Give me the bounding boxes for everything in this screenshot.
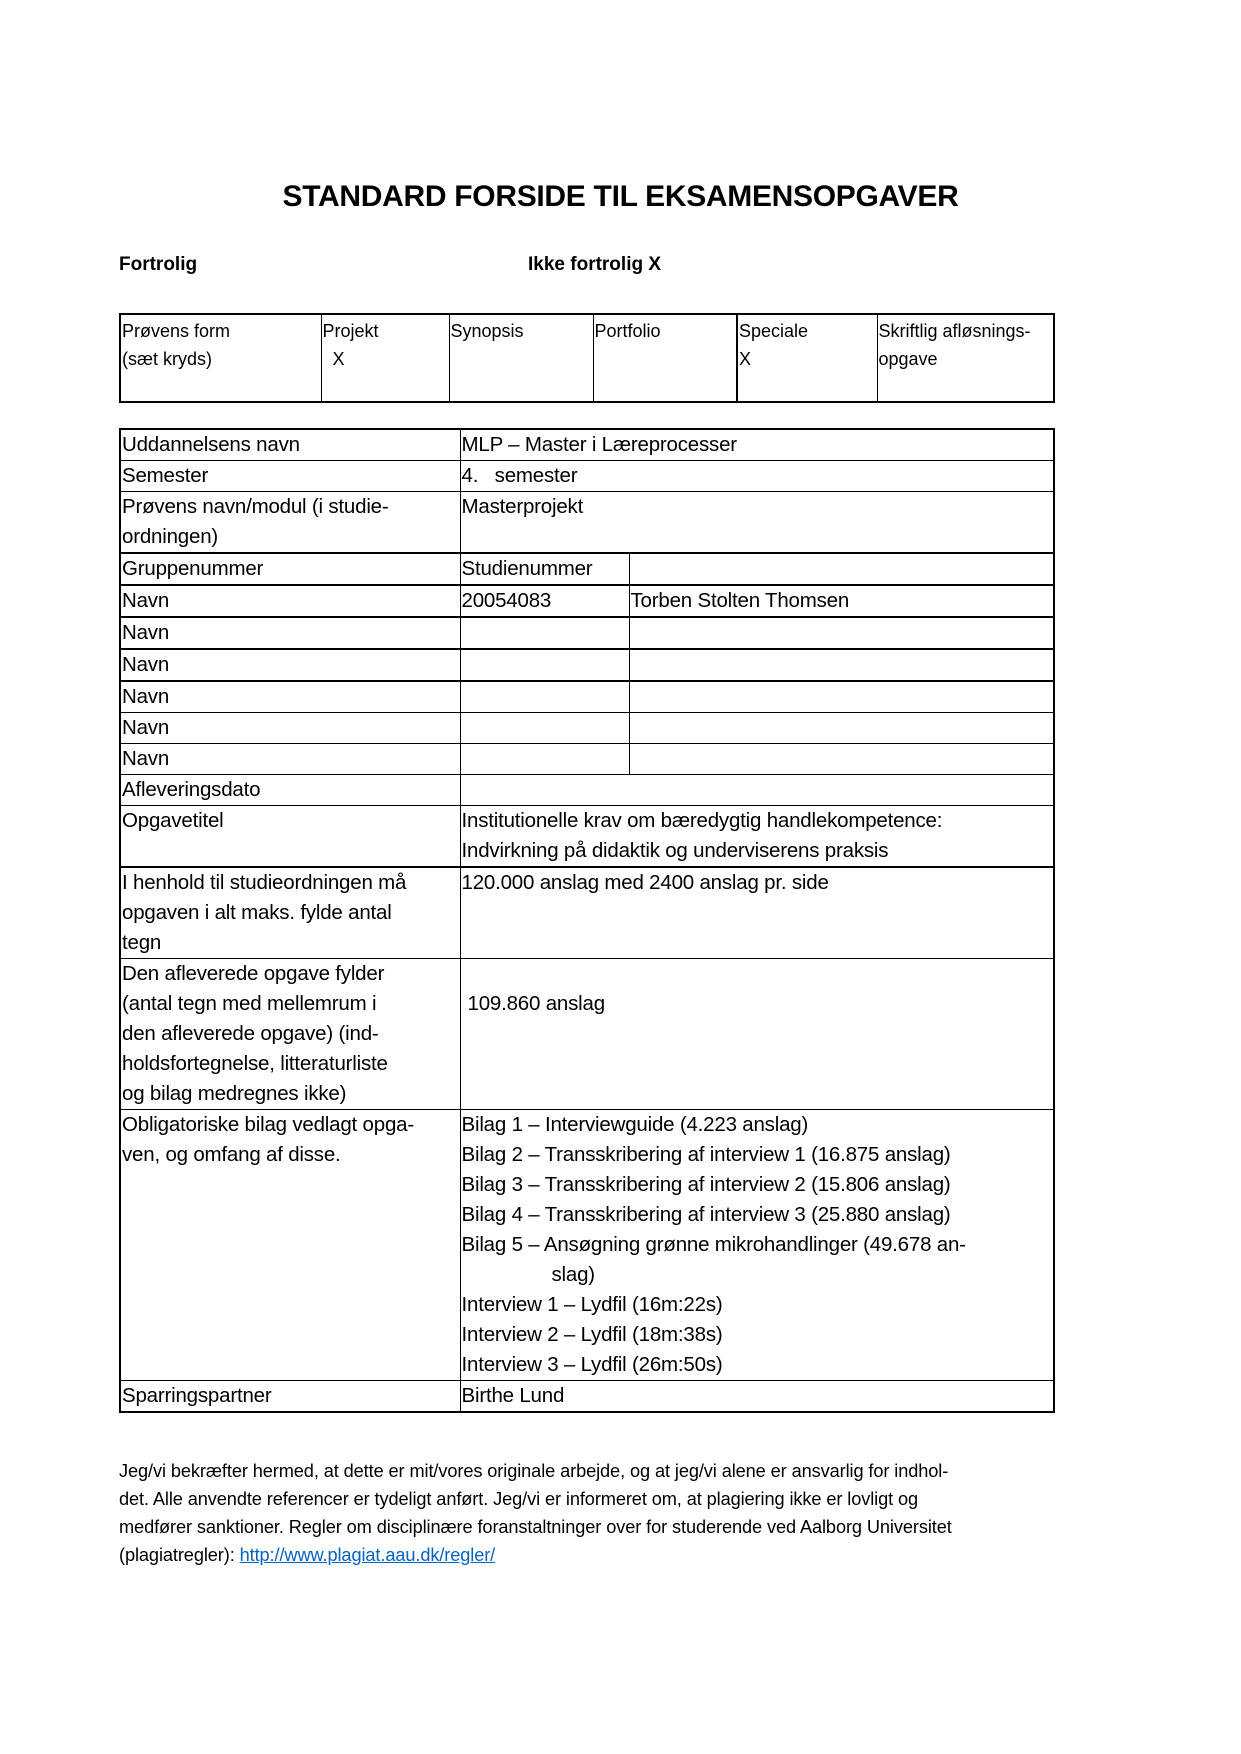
appendix-item-cont: slag) bbox=[462, 1260, 1053, 1290]
option-label: Skriftlig afløsnings- bbox=[879, 321, 1031, 341]
assignment-title-label: Opgavetitel bbox=[120, 806, 460, 868]
row-submitted-chars: Den afleverede opgave fylder (antal tegn… bbox=[120, 959, 1054, 1110]
student-row: Navn bbox=[120, 681, 1054, 713]
assignment-title-line2: Indvirkning på didaktik og underviserens… bbox=[462, 839, 889, 862]
student-row: Navn 20054083 Torben Stolten Thomsen bbox=[120, 585, 1054, 617]
appendices-label: Obligatoriske bilag vedlagt opga- ven, o… bbox=[120, 1110, 460, 1381]
submitted-chars-label-line: og bilag medregnes ikke) bbox=[122, 1082, 346, 1105]
group-number-label: Gruppenummer bbox=[120, 553, 460, 585]
confidential-label: Fortrolig bbox=[119, 254, 197, 276]
submitted-chars-label-line: den afleverede opgave) (ind- bbox=[122, 1022, 379, 1045]
max-chars-label-line3: tegn bbox=[122, 931, 161, 954]
exam-form-option-speciale[interactable]: Speciale X bbox=[737, 314, 877, 402]
student-number-value[interactable] bbox=[460, 617, 629, 649]
assignment-title-value[interactable]: Institutionelle krav om bæredygtig handl… bbox=[460, 806, 1054, 868]
student-name-value[interactable] bbox=[629, 713, 1054, 744]
submitted-chars-value[interactable]: 109.860 anslag bbox=[460, 959, 1054, 1110]
row-sparring-partner: Sparringspartner Birthe Lund bbox=[120, 1381, 1054, 1413]
student-name-value[interactable] bbox=[629, 617, 1054, 649]
exam-form-option-synopsis[interactable]: Synopsis bbox=[449, 314, 593, 402]
submitted-chars-label-line: Den afleverede opgave fylder bbox=[122, 962, 384, 985]
student-row: Navn bbox=[120, 744, 1054, 775]
appendix-item: Interview 2 – Lydfil (18m:38s) bbox=[462, 1323, 723, 1346]
row-education: Uddannelsens navn MLP – Master i Lærepro… bbox=[120, 429, 1054, 461]
exam-name-label-line1: Prøvens navn/modul (i studie- bbox=[122, 495, 389, 518]
appendices-label-line1: Obligatoriske bilag vedlagt opga- bbox=[122, 1113, 414, 1136]
submitted-chars-label-line: (antal tegn med mellemrum i bbox=[122, 992, 376, 1015]
row-submission-date: Afleveringsdato bbox=[120, 775, 1054, 806]
exam-name-value[interactable]: Masterprojekt bbox=[460, 492, 1054, 554]
exam-name-label-line2: ordningen) bbox=[122, 525, 218, 548]
assignment-title-line1: Institutionelle krav om bæredygtig handl… bbox=[462, 809, 943, 832]
appendix-item: Bilag 1 – Interviewguide (4.223 anslag) bbox=[462, 1113, 809, 1136]
appendix-item: Bilag 4 – Transskribering af interview 3… bbox=[462, 1203, 951, 1226]
exam-form-header-line1: Prøvens form bbox=[122, 321, 230, 341]
submitted-chars-label-line: holdsfortegnelse, litteraturliste bbox=[122, 1052, 388, 1075]
row-exam-name: Prøvens navn/modul (i studie- ordningen)… bbox=[120, 492, 1054, 554]
student-name-value[interactable] bbox=[629, 744, 1054, 775]
exam-name-label: Prøvens navn/modul (i studie- ordningen) bbox=[120, 492, 460, 554]
max-chars-value[interactable]: 120.000 anslag med 2400 anslag pr. side bbox=[460, 867, 1054, 959]
option-label-cont: opgave bbox=[879, 349, 938, 369]
not-confidential-label: Ikke fortrolig X bbox=[528, 254, 661, 276]
appendix-item: Bilag 3 – Transskribering af interview 2… bbox=[462, 1173, 951, 1196]
sparring-partner-value[interactable]: Birthe Lund bbox=[460, 1381, 1054, 1413]
exam-form-header: Prøvens form (sæt kryds) bbox=[120, 314, 321, 402]
student-name-label: Navn bbox=[120, 617, 460, 649]
exam-form-table: Prøvens form (sæt kryds) Projekt X Synop… bbox=[119, 313, 1055, 403]
appendix-item: Bilag 2 – Transskribering af interview 1… bbox=[462, 1143, 951, 1166]
exam-form-header-line2: (sæt kryds) bbox=[122, 349, 212, 369]
semester-label: Semester bbox=[120, 461, 460, 492]
option-label: Projekt bbox=[323, 321, 379, 341]
option-label: Portfolio bbox=[595, 321, 661, 341]
appendices-list: Bilag 1 – Interviewguide (4.223 anslag) … bbox=[460, 1110, 1054, 1381]
max-chars-label: I henhold til studieordningen må opgaven… bbox=[120, 867, 460, 959]
group-number-value[interactable] bbox=[629, 553, 1054, 585]
appendix-item: Interview 3 – Lydfil (26m:50s) bbox=[462, 1353, 723, 1376]
student-name-label: Navn bbox=[120, 713, 460, 744]
option-label: Synopsis bbox=[451, 321, 524, 341]
education-label: Uddannelsens navn bbox=[120, 429, 460, 461]
exam-form-option-portfolio[interactable]: Portfolio bbox=[593, 314, 737, 402]
exam-form-option-projekt[interactable]: Projekt X bbox=[321, 314, 449, 402]
plagiarism-rules-link[interactable]: http://www.plagiat.aau.dk/regler/ bbox=[240, 1545, 496, 1565]
student-name-value[interactable] bbox=[629, 649, 1054, 681]
student-name-value[interactable] bbox=[629, 681, 1054, 713]
student-row: Navn bbox=[120, 617, 1054, 649]
appendices-label-line2: ven, og omfang af disse. bbox=[122, 1143, 341, 1166]
row-appendices: Obligatoriske bilag vedlagt opga- ven, o… bbox=[120, 1110, 1054, 1381]
student-name-label: Navn bbox=[120, 585, 460, 617]
student-number-value[interactable] bbox=[460, 713, 629, 744]
option-mark: X bbox=[739, 345, 876, 373]
student-name-label: Navn bbox=[120, 744, 460, 775]
page-title: STANDARD FORSIDE TIL EKSAMENSOPGAVER bbox=[0, 180, 1241, 214]
row-max-chars: I henhold til studieordningen må opgaven… bbox=[120, 867, 1054, 959]
student-number-value[interactable] bbox=[460, 681, 629, 713]
student-number-value[interactable] bbox=[460, 649, 629, 681]
row-group-number: Gruppenummer Studienummer bbox=[120, 553, 1054, 585]
semester-value[interactable]: 4. semester bbox=[460, 461, 1054, 492]
appendix-item: Interview 1 – Lydfil (16m:22s) bbox=[462, 1293, 723, 1316]
sparring-partner-label: Sparringspartner bbox=[120, 1381, 460, 1413]
max-chars-label-line1: I henhold til studieordningen må bbox=[122, 871, 406, 894]
statement-line: det. Alle anvendte referencer er tydelig… bbox=[119, 1489, 918, 1509]
plagiarism-statement: Jeg/vi bekræfter hermed, at dette er mit… bbox=[119, 1457, 1119, 1569]
submitted-chars-label: Den afleverede opgave fylder (antal tegn… bbox=[120, 959, 460, 1110]
student-number-header: Studienummer bbox=[460, 553, 629, 585]
student-number-value[interactable]: 20054083 bbox=[460, 585, 629, 617]
student-name-label: Navn bbox=[120, 681, 460, 713]
statement-line: Jeg/vi bekræfter hermed, at dette er mit… bbox=[119, 1461, 948, 1481]
student-row: Navn bbox=[120, 649, 1054, 681]
education-value[interactable]: MLP – Master i Læreprocesser bbox=[460, 429, 1054, 461]
statement-line: (plagiatregler): bbox=[119, 1545, 240, 1565]
appendix-item: Bilag 5 – Ansøgning grønne mikrohandling… bbox=[462, 1233, 966, 1256]
submission-date-value[interactable] bbox=[460, 775, 1054, 806]
option-mark: X bbox=[323, 345, 448, 373]
max-chars-label-line2: opgaven i alt maks. fylde antal bbox=[122, 901, 392, 924]
row-assignment-title: Opgavetitel Institutionelle krav om bære… bbox=[120, 806, 1054, 868]
student-row: Navn bbox=[120, 713, 1054, 744]
student-name-value[interactable]: Torben Stolten Thomsen bbox=[629, 585, 1054, 617]
submission-date-label: Afleveringsdato bbox=[120, 775, 460, 806]
option-label: Speciale bbox=[739, 321, 808, 341]
statement-line: medfører sanktioner. Regler om disciplin… bbox=[119, 1517, 952, 1537]
student-name-label: Navn bbox=[120, 649, 460, 681]
row-semester: Semester 4. semester bbox=[120, 461, 1054, 492]
exam-form-option-skriftlig[interactable]: Skriftlig afløsnings- opgave bbox=[877, 314, 1054, 402]
student-number-value[interactable] bbox=[460, 744, 629, 775]
exam-info-table: Uddannelsens navn MLP – Master i Lærepro… bbox=[119, 428, 1055, 1413]
